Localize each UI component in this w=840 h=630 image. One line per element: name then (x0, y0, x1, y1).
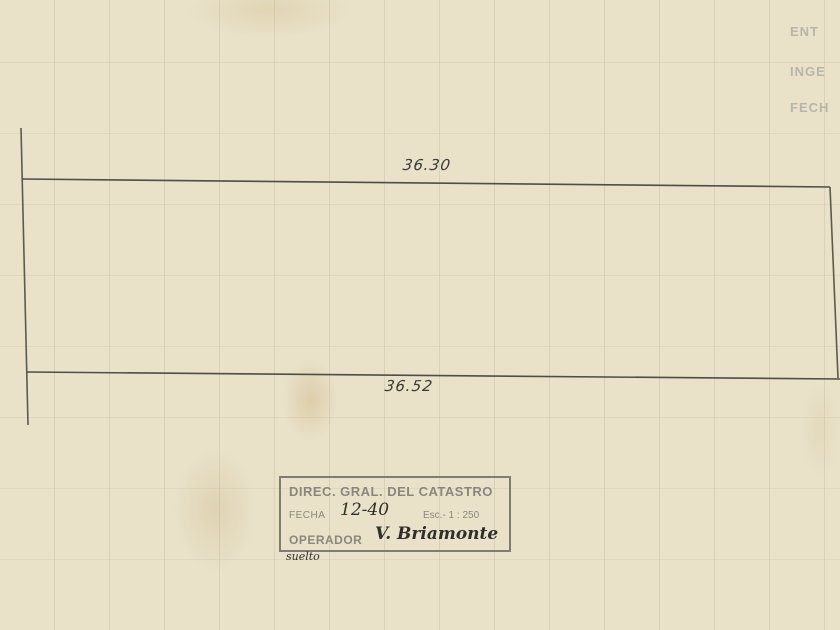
top-dimension-label: 36.30 (402, 156, 452, 174)
corner-stamp-line3: FECH (790, 100, 829, 115)
handwritten-date: 12-40 (340, 500, 389, 520)
stamp-title: DIREC. GRAL. DEL CATASTRO (289, 484, 493, 499)
handwritten-operator: V. Briamonte (375, 524, 498, 544)
handwritten-note: suelto (286, 550, 320, 563)
stamp-operador-label: OPERADOR (289, 533, 362, 547)
corner-stamp-line1: ENT (790, 24, 819, 39)
corner-stamp-line2: INGE (790, 64, 826, 79)
bottom-dimension-label: 36.52 (384, 377, 434, 395)
stamp-scale: Esc.- 1 : 250 (423, 510, 479, 521)
stamp-fecha-label: FECHA (289, 510, 325, 521)
corner-stamp: ENT INGE FECH (776, 0, 840, 140)
